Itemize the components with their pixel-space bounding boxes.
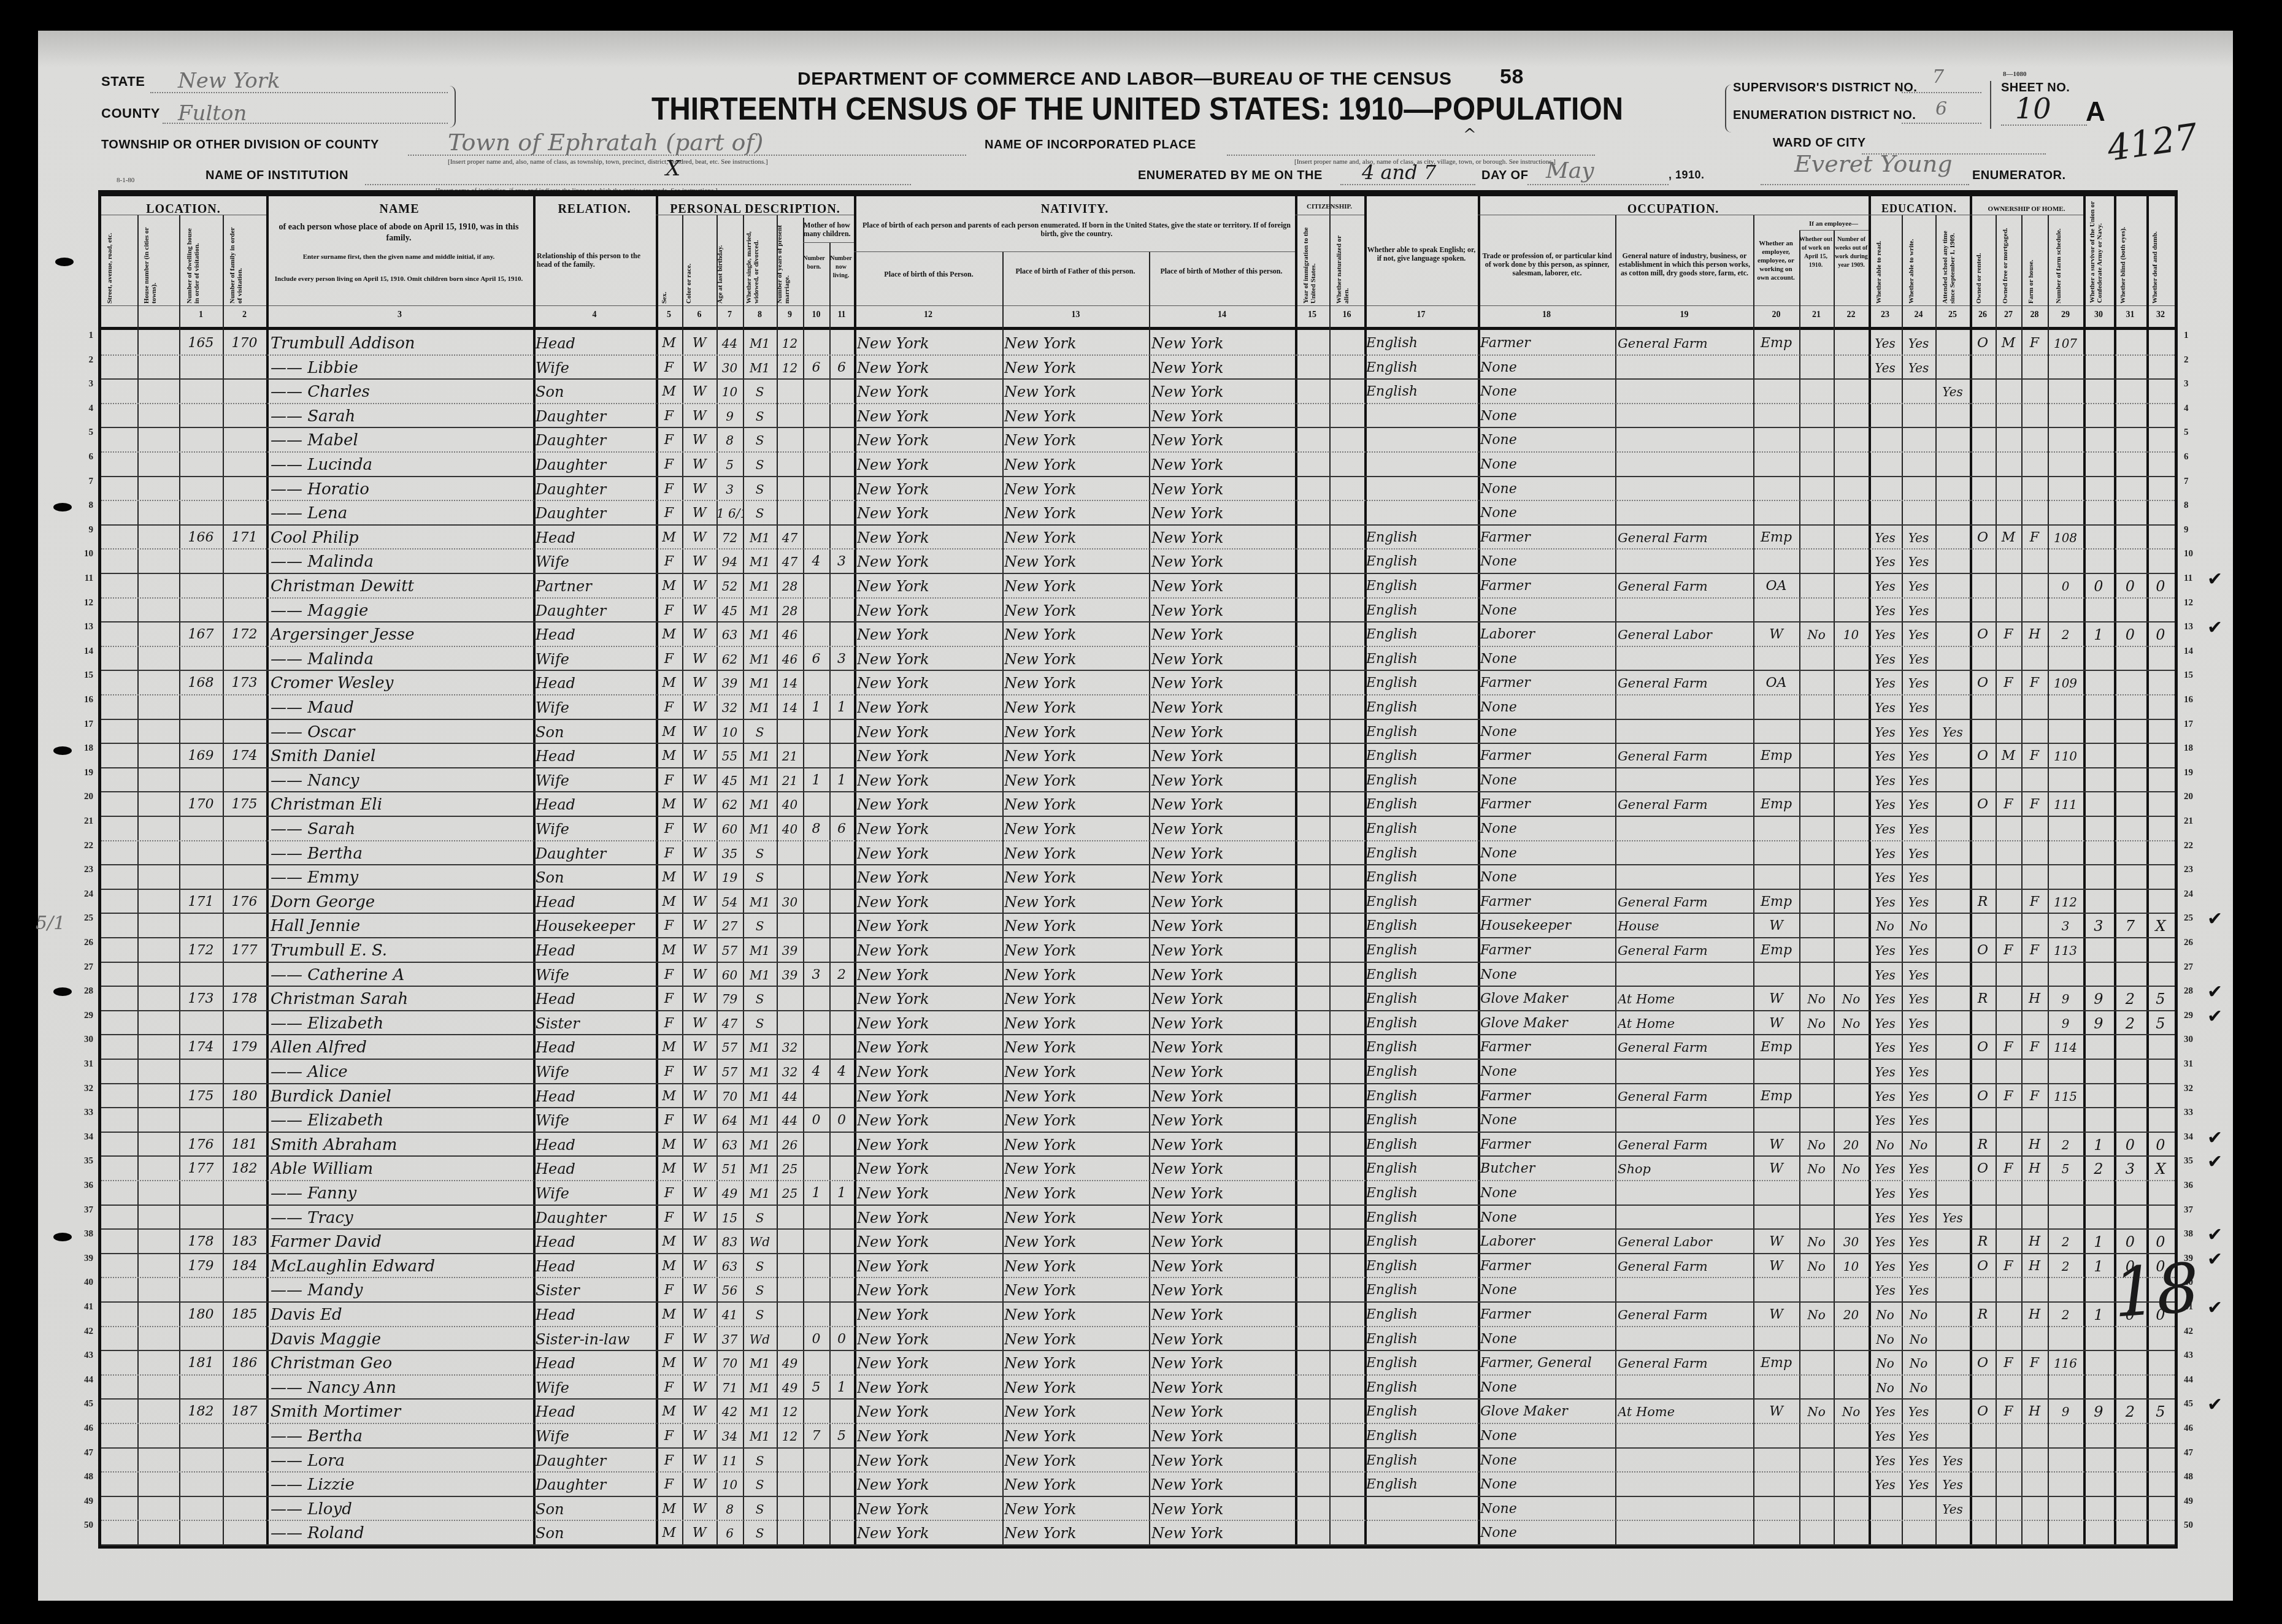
cell-out (1799, 1205, 1834, 1229)
cell-c30 (2083, 1423, 2114, 1447)
table-row: —— MabelDaughterFW8SNew YorkNew YorkNew … (101, 427, 2175, 451)
cell-out: No (1799, 1132, 1834, 1156)
cell-trade: Butcher (1480, 1155, 1615, 1180)
cell-born: 5 (803, 1374, 829, 1399)
cell-free (1996, 913, 2021, 937)
cell-family (223, 1107, 266, 1132)
cell-name: —— Malinda (271, 646, 533, 670)
cell-eng (1366, 476, 1478, 500)
line-number-right: 17 (2184, 719, 2202, 730)
cell-bm: New York (1151, 1374, 1295, 1399)
cell-bp: New York (857, 816, 1002, 840)
cell-dwelling (179, 864, 223, 889)
cell-bm: New York (1151, 1326, 1295, 1350)
cell-write: Yes (1902, 354, 1935, 379)
cell-write (1902, 427, 1935, 451)
cell-eng: English (1366, 1228, 1478, 1253)
cell-marital: M1 (743, 767, 777, 792)
cell-own (1970, 354, 1996, 379)
cell-industry: General Farm (1618, 670, 1753, 694)
cell-age: 42 (716, 1398, 743, 1423)
cell-marital: M1 (743, 962, 777, 986)
cell-bf: New York (1004, 1471, 1149, 1496)
cell-farm (2021, 500, 2048, 524)
cell-c30: 2 (2083, 1155, 2114, 1180)
cell-farm: F (2021, 937, 2048, 962)
cell-write (1902, 403, 1935, 427)
supervisor-district-value: 7 (1932, 66, 1944, 88)
cell-born: 0 (803, 1326, 829, 1350)
cell-farm (2021, 597, 2048, 622)
cell-c32: 0 (2146, 573, 2175, 597)
table-row: 179184McLaughlin EdwardHeadMW63SNew York… (101, 1253, 2175, 1277)
cell-years: 32 (777, 1059, 803, 1083)
cell-born: 4 (803, 1059, 829, 1083)
cell-name: Cool Philip (271, 524, 533, 549)
cell-family (223, 1520, 266, 1544)
cell-read (1869, 403, 1902, 427)
cell-sex: F (656, 548, 682, 573)
cell-eng: English (1366, 1277, 1478, 1301)
cell-eng: English (1366, 962, 1478, 986)
cell-bm: New York (1151, 840, 1295, 865)
cell-eng: English (1366, 694, 1478, 719)
family-number-header: Number of family in order of visitation. (229, 224, 244, 304)
checkmark-icon: ✔ (2207, 1394, 2222, 1415)
cell-bp: New York (857, 403, 1002, 427)
cell-own: O (1970, 621, 1996, 646)
cell-school (1935, 1034, 1970, 1059)
cell-sched (2048, 378, 2083, 403)
cell-bp: New York (857, 1423, 1002, 1447)
cell-c30 (2083, 403, 2114, 427)
cell-c32 (2146, 889, 2175, 913)
cell-years (777, 840, 803, 865)
cell-read (1869, 451, 1902, 476)
cell-emp (1753, 719, 1799, 743)
cell-farm: H (2021, 621, 2048, 646)
cell-c32 (2146, 694, 2175, 719)
cell-own (1970, 646, 1996, 670)
naturalized-header: Whether naturalized or alien. (1335, 221, 1350, 304)
cell-dwelling: 172 (179, 937, 223, 962)
cell-industry: At Home (1618, 1398, 1753, 1423)
cell-free (1996, 1205, 2021, 1229)
cell-farm: F (2021, 524, 2048, 549)
cell-trade: Glove Maker (1480, 986, 1615, 1010)
cell-farm: F (2021, 743, 2048, 767)
cell-bp: New York (857, 840, 1002, 865)
cell-free (1996, 1520, 2021, 1544)
cell-weeks (1834, 524, 1869, 549)
cell-weeks: No (1834, 1010, 1869, 1035)
cell-sex: M (656, 1496, 682, 1520)
cell-free (1996, 864, 2021, 889)
cell-read: No (1869, 1132, 1902, 1156)
column-number: 7 (716, 310, 743, 320)
cell-industry (1618, 476, 1753, 500)
cell-sex: M (656, 719, 682, 743)
cell-own (1970, 548, 1996, 573)
cell-living (829, 1132, 854, 1156)
cell-bp: New York (857, 1496, 1002, 1520)
cell-c31 (2114, 864, 2146, 889)
cell-write: Yes (1902, 524, 1935, 549)
cell-school (1935, 743, 1970, 767)
number-living-header: Number now living. (828, 255, 854, 280)
cell-bp: New York (857, 524, 1002, 549)
cell-read: Yes (1869, 1471, 1902, 1496)
cell-relation: Wife (536, 1180, 656, 1205)
cell-years: 49 (777, 1374, 803, 1399)
cell-marital: S (743, 986, 777, 1010)
cell-c30: 9 (2083, 1010, 2114, 1035)
farm-schedule-header: Number of farm schedule. (2055, 221, 2062, 304)
line-number-left: 3 (75, 379, 93, 389)
cell-relation: Son (536, 1496, 656, 1520)
cell-name: Christman Sarah (271, 986, 533, 1010)
cell-dwelling (179, 1326, 223, 1350)
cell-sex: F (656, 1107, 682, 1132)
cell-bm: New York (1151, 962, 1295, 986)
cell-farm (2021, 1277, 2048, 1301)
cell-free: M (1996, 743, 2021, 767)
table-row: —— AliceWifeFW57M13244New YorkNew YorkNe… (101, 1059, 2175, 1083)
cell-weeks (1834, 719, 1869, 743)
cell-bf: New York (1004, 1155, 1149, 1180)
institution-value: X (666, 156, 680, 181)
cell-sex: F (656, 1374, 682, 1399)
cell-sex: M (656, 1228, 682, 1253)
cell-bp: New York (857, 1059, 1002, 1083)
line-number-right: 19 (2184, 768, 2202, 778)
cell-weeks: 10 (1834, 621, 1869, 646)
cell-living (829, 330, 854, 354)
cell-free (1996, 500, 2021, 524)
cell-sex: M (656, 1083, 682, 1108)
table-row: —— NancyWifeFW45M12111New YorkNew YorkNe… (101, 767, 2175, 792)
cell-relation: Head (536, 1301, 656, 1326)
cell-emp: W (1753, 1132, 1799, 1156)
cell-trade: None (1480, 1423, 1615, 1447)
cell-weeks (1834, 500, 1869, 524)
line-number-right: 24 (2184, 889, 2202, 900)
table-row: —— Nancy AnnWifeFW71M14951New YorkNew Yo… (101, 1374, 2175, 1399)
cell-c32 (2146, 1520, 2175, 1544)
cell-sex: M (656, 330, 682, 354)
cell-sched: 110 (2048, 743, 2083, 767)
cell-school (1935, 913, 1970, 937)
table-row: 177182Able WilliamHeadMW51M125New YorkNe… (101, 1155, 2175, 1180)
cell-c30: 0 (2083, 573, 2114, 597)
cell-dwelling (179, 500, 223, 524)
cell-relation: Head (536, 986, 656, 1010)
cell-industry: General Farm (1618, 1253, 1753, 1277)
incorporated-place-value: ^ (1463, 126, 1477, 144)
cell-name: —— Mabel (271, 427, 533, 451)
cell-color: W (682, 451, 716, 476)
table-row: —— TracyDaughterFW15SNew YorkNew YorkNew… (101, 1205, 2175, 1229)
cell-bm: New York (1151, 1520, 1295, 1544)
cell-age: 70 (716, 1083, 743, 1108)
cell-relation: Daughter (536, 1205, 656, 1229)
cell-write: Yes (1902, 1059, 1935, 1083)
cell-bm: New York (1151, 1253, 1295, 1277)
line-number-left: 29 (75, 1011, 93, 1021)
cell-read: Yes (1869, 1205, 1902, 1229)
cell-read: Yes (1869, 621, 1902, 646)
line-number-left: 48 (75, 1472, 93, 1482)
line-number-right: 13 (2184, 622, 2202, 632)
cell-born (803, 1301, 829, 1326)
cell-school (1935, 1132, 1970, 1156)
column-number: 20 (1753, 310, 1799, 320)
cell-bp: New York (857, 1277, 1002, 1301)
column-number: 24 (1902, 310, 1935, 320)
cell-family (223, 1471, 266, 1496)
cell-out (1799, 500, 1834, 524)
cell-emp: W (1753, 913, 1799, 937)
cell-emp (1753, 354, 1799, 379)
cell-weeks: No (1834, 1155, 1869, 1180)
cell-free (1996, 962, 2021, 986)
cell-out: No (1799, 986, 1834, 1010)
cell-c30 (2083, 1277, 2114, 1301)
cell-farm (2021, 451, 2048, 476)
cell-age: 41 (716, 1301, 743, 1326)
cell-years (777, 986, 803, 1010)
cell-weeks (1834, 767, 1869, 792)
cell-age: 72 (716, 524, 743, 549)
line-number-left: 36 (75, 1181, 93, 1191)
cell-age: 60 (716, 962, 743, 986)
cell-trade: None (1480, 1374, 1615, 1399)
cell-emp (1753, 1205, 1799, 1229)
cell-emp: Emp (1753, 1350, 1799, 1374)
cell-write (1902, 1520, 1935, 1544)
cell-industry: General Farm (1618, 573, 1753, 597)
cell-living (829, 476, 854, 500)
cell-emp: OA (1753, 670, 1799, 694)
cell-c31 (2114, 1423, 2146, 1447)
cell-emp: Emp (1753, 1034, 1799, 1059)
cell-farm (2021, 1326, 2048, 1350)
line-number-left: 12 (75, 598, 93, 608)
cell-bp: New York (857, 378, 1002, 403)
cell-school (1935, 889, 1970, 913)
cell-own: O (1970, 1350, 1996, 1374)
cell-c30 (2083, 1520, 2114, 1544)
cell-sex: F (656, 427, 682, 451)
cell-bf: New York (1004, 1496, 1149, 1520)
cell-emp (1753, 1277, 1799, 1301)
cell-farm (2021, 1471, 2048, 1496)
cell-relation: Wife (536, 694, 656, 719)
cell-emp (1753, 451, 1799, 476)
cell-years: 12 (777, 1398, 803, 1423)
cell-family (223, 767, 266, 792)
cell-family: 187 (223, 1398, 266, 1423)
cell-color: W (682, 962, 716, 986)
cell-color: W (682, 1228, 716, 1253)
cell-c30 (2083, 1107, 2114, 1132)
cell-weeks (1834, 427, 1869, 451)
cell-living (829, 1520, 854, 1544)
cell-born (803, 573, 829, 597)
cell-family (223, 1010, 266, 1035)
table-row: —— LizzieDaughterFW10SNew YorkNew YorkNe… (101, 1471, 2175, 1496)
cell-years: 21 (777, 743, 803, 767)
cell-out (1799, 670, 1834, 694)
cell-relation: Daughter (536, 476, 656, 500)
cell-living (829, 621, 854, 646)
line-number-right: 44 (2184, 1375, 2202, 1385)
cell-own (1970, 573, 1996, 597)
cell-born: 6 (803, 646, 829, 670)
form-code: 8-1-80 (117, 177, 134, 184)
cell-name: —— Libbie (271, 354, 533, 379)
cell-trade: None (1480, 476, 1615, 500)
cell-emp (1753, 500, 1799, 524)
cell-bf: New York (1004, 573, 1149, 597)
cell-trade: Farmer (1480, 743, 1615, 767)
cell-dwelling: 169 (179, 743, 223, 767)
cell-born: 6 (803, 354, 829, 379)
cell-farm: H (2021, 986, 2048, 1010)
cell-emp (1753, 767, 1799, 792)
cell-weeks (1834, 694, 1869, 719)
cell-born (803, 500, 829, 524)
cell-write: Yes (1902, 1471, 1935, 1496)
cell-out (1799, 427, 1834, 451)
line-number-right: 30 (2184, 1035, 2202, 1045)
line-number-right: 27 (2184, 962, 2202, 973)
cell-school (1935, 816, 1970, 840)
cell-school (1935, 1277, 1970, 1301)
cell-trade: Glove Maker (1480, 1398, 1615, 1423)
cell-sched: 116 (2048, 1350, 2083, 1374)
cell-bf: New York (1004, 743, 1149, 767)
cell-write: Yes (1902, 1180, 1935, 1205)
column-number: 4 (533, 310, 656, 320)
cell-c32: X (2146, 1155, 2175, 1180)
cell-bm: New York (1151, 986, 1295, 1010)
cell-own (1970, 1447, 1996, 1472)
binder-hole (53, 746, 72, 755)
cell-name: —— Tracy (271, 1205, 533, 1229)
column-number: 21 (1799, 310, 1834, 320)
cell-own (1970, 597, 1996, 622)
cell-c30 (2083, 1083, 2114, 1108)
cell-dwelling (179, 1205, 223, 1229)
out-of-work-header: Whether out of work on April 15, 1910. (1799, 236, 1832, 270)
cell-bp: New York (857, 1180, 1002, 1205)
cell-bf: New York (1004, 548, 1149, 573)
cell-free (1996, 889, 2021, 913)
cell-c32 (2146, 670, 2175, 694)
cell-born (803, 1132, 829, 1156)
cell-write: Yes (1902, 1083, 1935, 1108)
cell-sex: F (656, 1180, 682, 1205)
cell-write: Yes (1902, 1423, 1935, 1447)
cell-bm: New York (1151, 476, 1295, 500)
cell-bm: New York (1151, 1350, 1295, 1374)
cell-industry (1618, 1496, 1753, 1520)
cell-c30: 1 (2083, 1253, 2114, 1277)
cell-sex: F (656, 1447, 682, 1472)
cell-eng: English (1366, 1447, 1478, 1472)
cell-bp: New York (857, 646, 1002, 670)
cell-write: No (1902, 1132, 1935, 1156)
cell-family (223, 646, 266, 670)
cell-color: W (682, 1010, 716, 1035)
cell-free: F (1996, 1350, 2021, 1374)
cell-sex: M (656, 621, 682, 646)
table-row: —— SarahDaughterFW9SNew YorkNew YorkNew … (101, 403, 2175, 427)
cell-c30 (2083, 378, 2114, 403)
cell-trade: Farmer (1480, 1301, 1615, 1326)
cell-school: Yes (1935, 378, 1970, 403)
cell-weeks (1834, 840, 1869, 865)
cell-industry: House (1618, 913, 1753, 937)
cell-sex: F (656, 1471, 682, 1496)
cell-bp: New York (857, 330, 1002, 354)
cell-own (1970, 1059, 1996, 1083)
cell-out (1799, 1471, 1834, 1496)
line-number-right: 12 (2184, 598, 2202, 608)
cell-read: Yes (1869, 1228, 1902, 1253)
cell-own (1970, 694, 1996, 719)
line-number-right: 11 (2184, 573, 2202, 584)
cell-age: 60 (716, 816, 743, 840)
cell-bf: New York (1004, 1059, 1149, 1083)
cell-c30 (2083, 330, 2114, 354)
cell-eng: English (1366, 913, 1478, 937)
cell-sched (2048, 1180, 2083, 1205)
cell-read: Yes (1869, 816, 1902, 840)
cell-living: 3 (829, 646, 854, 670)
cell-years: 14 (777, 694, 803, 719)
enumerator-name: Everet Young (1794, 150, 1953, 177)
cell-sex: M (656, 864, 682, 889)
cell-c32 (2146, 500, 2175, 524)
farm-house-header: Farm or house. (2027, 221, 2035, 304)
cell-school (1935, 1010, 1970, 1035)
cell-c32 (2146, 864, 2175, 889)
cell-own (1970, 864, 1996, 889)
cell-bf: New York (1004, 1180, 1149, 1205)
cell-c32 (2146, 816, 2175, 840)
cell-marital: M1 (743, 889, 777, 913)
cell-relation: Sister-in-law (536, 1326, 656, 1350)
table-row: —— LibbieWifeFW30M11266New YorkNew YorkN… (101, 354, 2175, 379)
table-row: 174179Allen AlfredHeadMW57M132New YorkNe… (101, 1034, 2175, 1059)
cell-years: 25 (777, 1155, 803, 1180)
column-number: 15 (1295, 310, 1329, 320)
cell-relation: Head (536, 743, 656, 767)
cell-bp: New York (857, 476, 1002, 500)
cell-dwelling (179, 1423, 223, 1447)
cell-read: Yes (1869, 1010, 1902, 1035)
table-row: —— HoratioDaughterFW3SNew YorkNew YorkNe… (101, 476, 2175, 500)
cell-dwelling (179, 719, 223, 743)
line-number-right: 3 (2184, 379, 2202, 389)
cell-marital: M1 (743, 816, 777, 840)
cell-c30 (2083, 1374, 2114, 1399)
cell-sched (2048, 427, 2083, 451)
cell-years: 30 (777, 889, 803, 913)
cell-eng: English (1366, 573, 1478, 597)
